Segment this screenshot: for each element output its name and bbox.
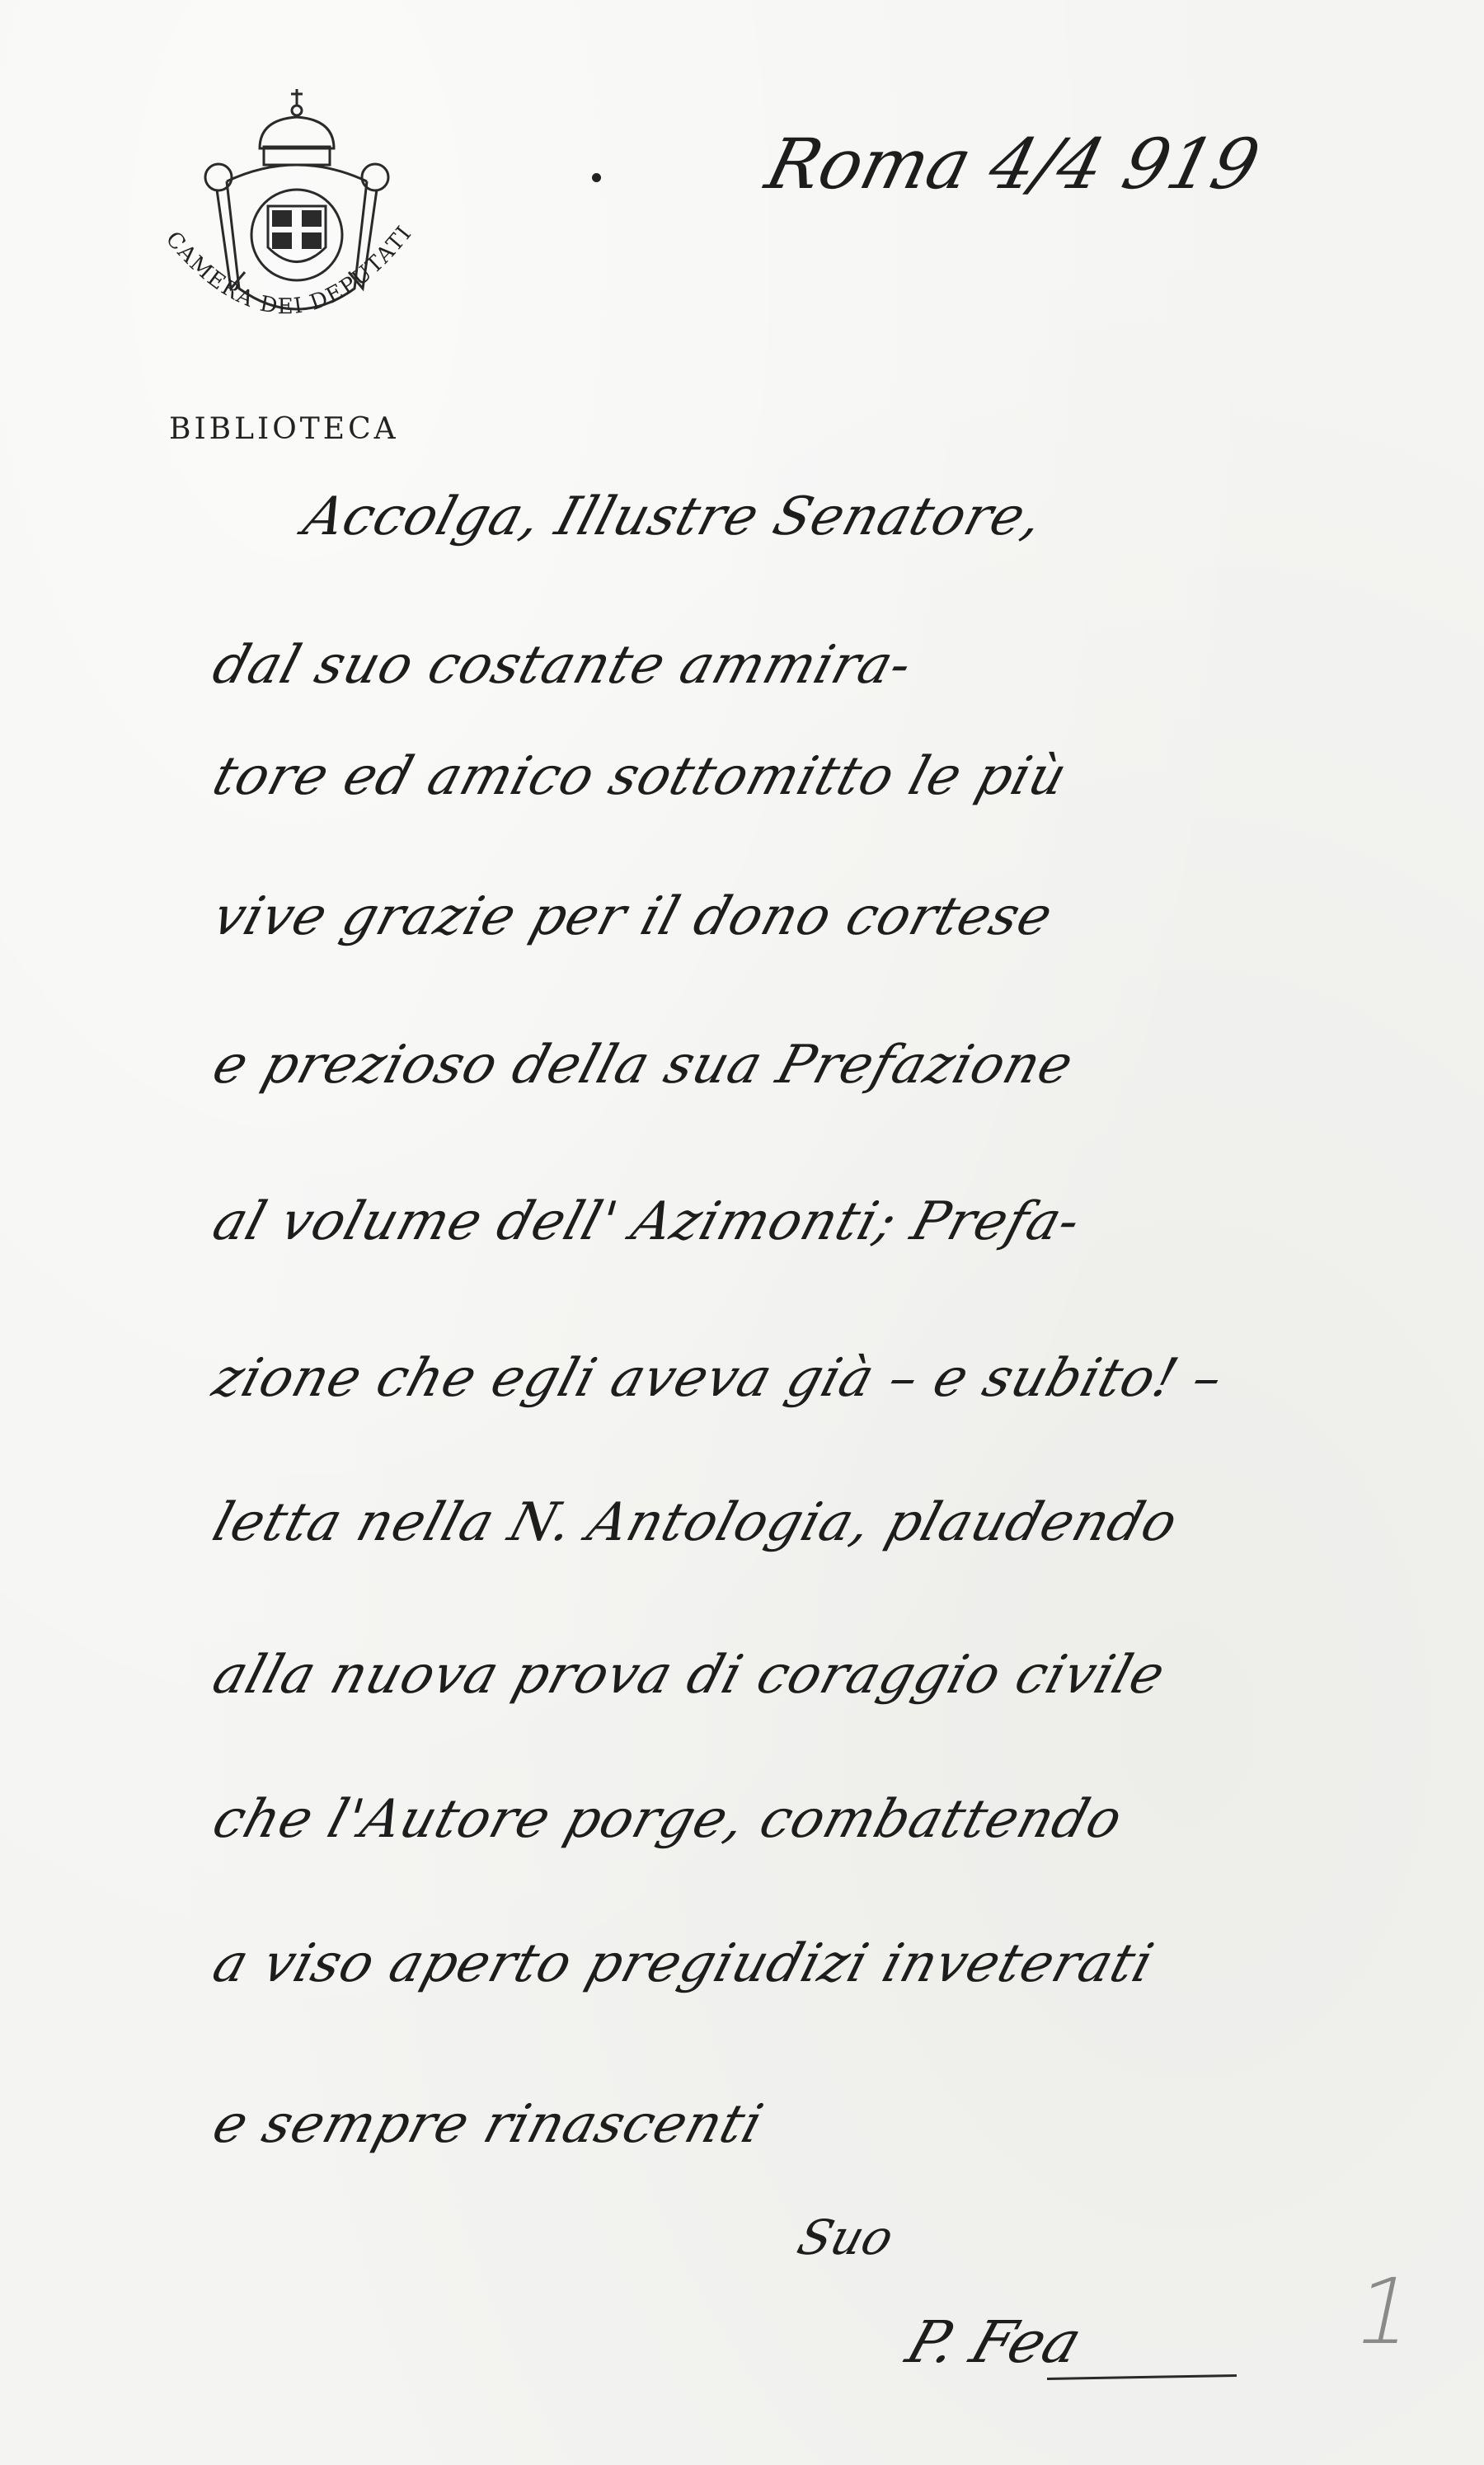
department-label: BIBLIOTECA (169, 412, 399, 446)
body-line: a viso aperto pregiudizi inveterati (206, 1933, 1161, 1994)
ink-dot (592, 173, 601, 182)
salutation: Accolga, Illustre Senatore, (297, 486, 1050, 547)
body-line: zione che egli aveva già – e subito! – (206, 1348, 1230, 1409)
body-line: dal suo costante ammira- (206, 635, 919, 696)
svg-text:CAMERA DEI DEPUTATI: CAMERA DEI DEPUTATI (161, 221, 417, 319)
body-line: alla nuova prova di coraggio civile (206, 1645, 1172, 1706)
closing: Suo (791, 2209, 900, 2265)
body-line: vive grazie per il dono cortese (206, 886, 1059, 947)
body-line: al volume dell' Azimonti; Prefa- (206, 1191, 1087, 1252)
body-line: letta nella N. Antologia, plaudendo (206, 1492, 1185, 1553)
place-date: Roma 4/4 919 (758, 124, 1267, 204)
body-line: che l'Autore porge, combattendo (206, 1789, 1129, 1850)
body-line: e prezioso della sua Prefazione (206, 1035, 1080, 1096)
body-line: e sempre rinascenti (206, 2094, 770, 2155)
signature: P. Fea (899, 2308, 1090, 2376)
body-line: tore ed amico sottomitto le più (206, 746, 1074, 807)
letterhead: CAMERA DEI DEPUTATI BIBLIOTECA (148, 82, 445, 445)
